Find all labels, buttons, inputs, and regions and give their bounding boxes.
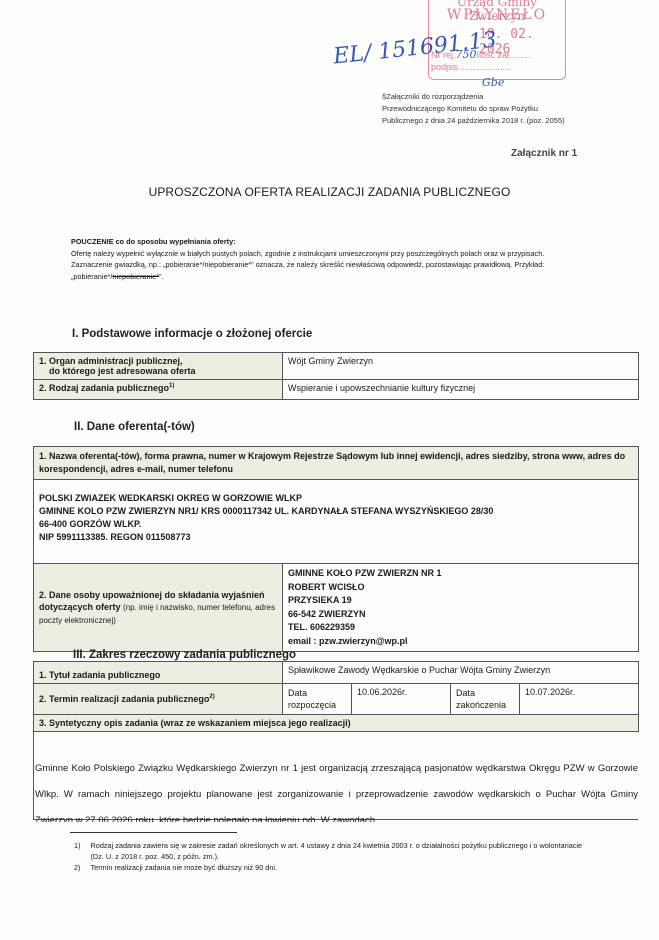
handwritten-signature: Gbe: [482, 76, 504, 89]
footnote-divider: [70, 832, 237, 833]
instructions-line2: Zaznaczenie gwiazdką, np.: „pobieranie*/…: [71, 259, 601, 282]
contact-person-label: 2. Dane osoby upoważnionej do składania …: [34, 564, 283, 652]
section2-heading: II. Dane oferenta(-tów): [74, 421, 195, 433]
task-title-value: Spławikowe Zawody Wędkarskie o Puchar Wó…: [283, 662, 639, 684]
attachment-label: Załącznik nr 1: [511, 148, 577, 159]
term-label: 2. Termin realizacji zadania publicznego…: [34, 684, 283, 715]
footnotes: 1)Rodzaj zadania zawiera się w zakresie …: [74, 840, 594, 873]
regulation-note: §Załączniki do rozporządzenia Przewodnic…: [382, 91, 565, 127]
end-date-value: 10.07.2026r.: [520, 684, 639, 715]
instructions-heading: POUCZENIE co do sposobu wypełniania ofer…: [71, 237, 236, 246]
organ-label: 1. Organ administracji publicznej,do któ…: [34, 353, 283, 380]
stamp-received: WPŁYNEŁO: [429, 7, 565, 23]
section3-heading: III. Zakres rzeczowy zadania publicznego: [73, 649, 296, 661]
description-label: 3. Syntetyczny opis zadania (wraz ze wsk…: [34, 715, 639, 732]
task-title-label: 1. Tytuł zadania publicznego: [34, 662, 283, 684]
stamp-signature-line: podpis.....................: [431, 62, 510, 72]
offerer-value: POLSKI ZWIAZEK WEDKARSKI OKREG W GORZOWI…: [34, 480, 639, 564]
struck-example: niepobieranie*: [112, 272, 159, 281]
section1-table: 1. Organ administracji publicznej,do któ…: [33, 352, 639, 400]
footnote-1: 1)Rodzaj zadania zawiera się w zakresie …: [74, 840, 594, 862]
offerer-label: 1. Nazwa oferenta(-tów), forma prawna, n…: [34, 447, 639, 480]
start-date-label: Data rozpoczęcia: [283, 684, 352, 715]
section2-table: 1. Nazwa oferenta(-tów), forma prawna, n…: [33, 446, 639, 652]
start-date-value: 10.06.2026r.: [352, 684, 451, 715]
task-type-value: Wspieranie i upowszechnianie kultury fiz…: [283, 380, 639, 400]
document-title: UPROSZCZONA OFERTA REALIZACJI ZADANIA PU…: [0, 185, 659, 199]
section3-table: 1. Tytuł zadania publicznego Spławikowe …: [33, 661, 639, 732]
section1-heading: I. Podstawowe informacje o złożonej ofer…: [72, 328, 312, 340]
instructions-line1: Ofertę należy wypełnić wyłącznie w biały…: [71, 248, 601, 260]
end-date-label: Data zakończenia: [451, 684, 520, 715]
organ-value: Wójt Gminy Zwierzyn: [283, 353, 639, 380]
description-text: Gminne Koło Polskiego Związku Wędkarskie…: [35, 756, 638, 822]
instructions: POUCZENIE co do sposobu wypełniania ofer…: [71, 236, 601, 282]
contact-person-value: GMINNE KOŁO PZW ZWIERZN NR 1 ROBERT WCIS…: [283, 564, 639, 652]
footnote-2: 2)Termin realizacji zadania nie może być…: [74, 862, 594, 873]
task-type-label: 2. Rodzaj zadania publicznego1): [34, 380, 283, 400]
